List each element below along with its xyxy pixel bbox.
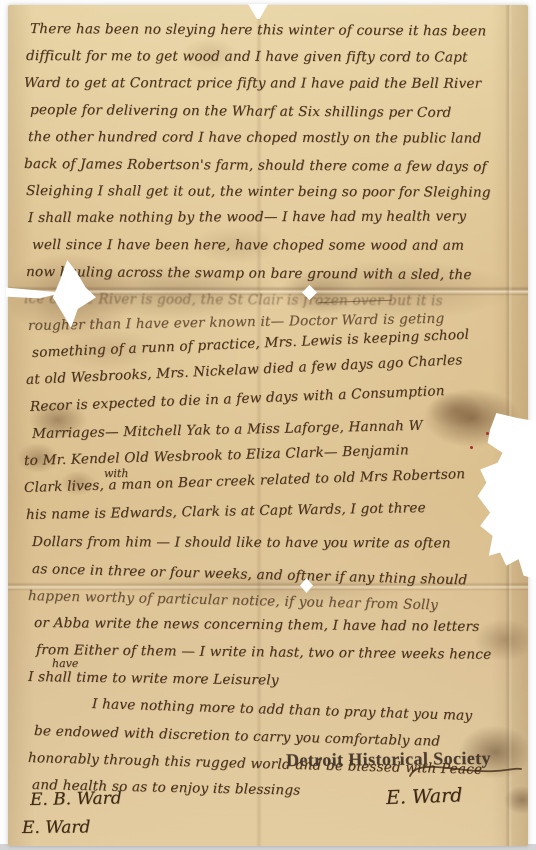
signature-e-ward-left: E. Ward [22,817,91,838]
letter-line: well since I have been here, have choped… [32,232,524,260]
letter-body-text: There has been no sleying here this wint… [24,16,524,799]
signature-e-b-ward: E. B. Ward [30,788,122,810]
red-speck [486,432,489,435]
letter-line: Ward to get at Contract price fifty and … [24,70,524,98]
letter-line: Dollars from him — I should like to have… [32,529,524,558]
inserted-word-have: have [52,658,78,669]
letter-line: back of James Robertson's farm, should t… [24,151,524,181]
scanned-letter: There has been no sleying here this wint… [0,0,536,850]
letter-line: difficult for me to get wood and I have … [26,43,524,72]
letter-line: the other hundred cord I have choped mos… [28,124,524,153]
letter-line: Sleighing I shall get it out, the winter… [26,178,524,207]
letter-line: or Abba write the news concerning them, … [34,610,524,641]
watermark-overlay: Detroit Historical Society [286,747,491,771]
letter-line: I shall make nothing by the wood— I have… [28,203,524,232]
letter-line: people for delivering on the Wharf at Si… [30,97,524,127]
red-speck [470,446,473,449]
inserted-word-with: with [104,468,128,479]
letter-line: There has been no sleying here this wint… [30,16,524,46]
signature-e-ward-right: E. Ward [386,785,463,808]
letter-line: now hauling across the swamp on bare gro… [26,259,524,289]
